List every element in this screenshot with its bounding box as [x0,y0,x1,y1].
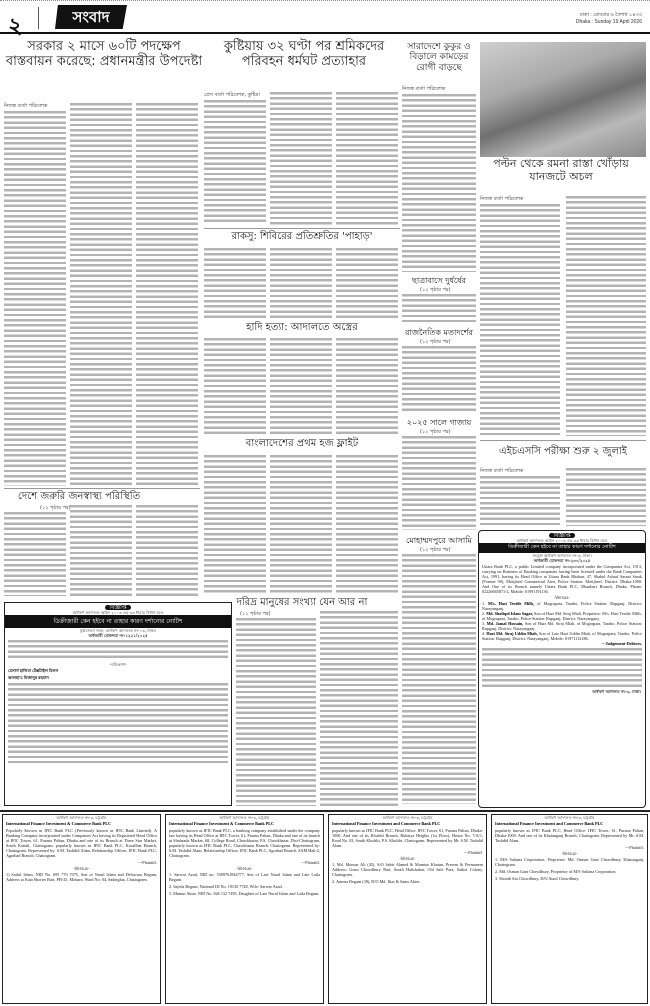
newspaper-logo: সংবাদ [55,5,127,29]
article-text [320,611,398,806]
article-text [566,196,646,436]
defendant: 1) Saiful Islam, NID No. 695 770 7075, S… [3,871,160,883]
notice-text: popularly known as IFIC Bank PLC, a bank… [166,827,323,859]
divider [204,228,400,229]
article-text [270,248,332,318]
bank-name: International Finance Investment & Comme… [6,821,111,826]
date-english: Dhaka : Sunday 19 April 2026 [576,19,642,26]
article-text [204,100,266,225]
article-text [402,294,476,322]
headline-a2: কুষ্টিয়ায় ৩২ ঘণ্টা পর শ্রমিকদের পরিবহন… [204,40,404,70]
article-text [70,103,132,486]
headline-a4: পল্টন থেকে রমনা রাস্তা খোঁড়ায় যানজটে অ… [486,158,636,183]
article-text [402,346,476,412]
article-text [270,338,332,434]
divider [0,810,650,812]
article-text [4,111,66,486]
article-text [136,103,198,486]
defendant-1: মেসার্স হালিমা টেক্সটাইল মিলস [8,668,58,673]
defendant-list: 1. M/s. Hasi Textile Mills, of Mograpara… [479,600,645,647]
headline-a3: সারাদেশে কুকুর ও বিড়ালে কামড়ের রোগী বা… [402,42,476,73]
bank-name: International Finance Investment & Comme… [169,821,274,826]
masthead-rule [0,32,650,34]
legal-notice-bottom-4: অর্থঋণ আদালত নং-৩, চট্টগ্রাম Internation… [491,814,648,1004]
bank-name: International Finance Investment and Com… [332,821,440,826]
masthead: ২ সংবাদ ঢাকা : রোববার ৬ বৈশাখ ১৪৩৩ Dhaka… [0,0,650,34]
byline-a4: নিজস্ব বার্তা পরিবেশক [480,196,523,204]
article-text [480,204,560,436]
bank-name: International Finance Investment and Com… [495,821,603,826]
date-bengali: ঢাকা : রোববার ৬ বৈশাখ ১৪৩৩ [576,12,642,19]
notice-title: ডিক্রীজারী কেন হইবে না তাহার কারণ দর্শান… [479,543,645,553]
article-text [136,505,198,596]
article-text [566,468,646,526]
article-text [204,248,266,318]
headline-a14: দরিদ্র মানুষের সংখ্যা যেন আর না [204,597,400,609]
article-text [480,476,560,526]
article-text [236,618,316,806]
legal-notice-bottom-2: অর্থঋণ আদালত নং-৩, চট্টগ্রাম Internation… [165,814,324,1004]
article-text [402,554,476,804]
headline-a7: ছাত্রাবাসে দুর্ধর্ষের [402,276,476,285]
article-text [270,455,332,593]
article-text [402,94,476,272]
notice-text [482,648,642,688]
notice-case: অর্থজারী মোকদ্দমা নং-১২২১/২০২৫ [5,633,231,638]
notice-text: popularly known as IFIC Bank PLC, Head O… [492,827,647,844]
divider [4,488,200,489]
headline-a12: এইচএসসি পরীক্ষা শুরু ২ জুলাই [480,446,646,458]
legal-notice-bottom-1: অর্থঋণ আদালত নং-৩, চট্টগ্রাম Internation… [2,814,161,1004]
article-text [204,338,266,434]
dateline: ঢাকা : রোববার ৬ বৈশাখ ১৪৩৩ Dhaka : Sunda… [576,12,642,26]
headline-a1: সরকার ২ মাসে ৬০টি পদক্ষেপ বাস্তবায়ন করে… [4,40,204,70]
byline-a2: প্রেস বার্তা পরিবেশক, কুষ্টিয়া [204,92,260,100]
divider [38,7,39,29]
notice-text [8,640,228,660]
headline-a6: হাদি হত্যা: আদালতে অস্ত্রের [204,322,400,334]
headline-a8: রাজনৈতিক মতাদর্শের [402,328,476,337]
notice-signature: অর্থঋণ আদালত নং-৩, ঢাকা। [479,689,645,694]
defendant-2: আলহাজ্ব মিজানুর রহমান [8,675,49,680]
notice-intro: Uttara Bank PLC, a public Limited compan… [479,563,645,595]
article-text [336,455,398,593]
headline-a9: ২০২৫ সালে গাজায় [402,418,476,427]
notice-text: Popularly Known as IFIC Bank PLC (Previo… [3,827,160,859]
article-text [204,455,266,593]
news-photo [480,42,646,157]
article-text [336,248,398,318]
notice-title: ডিক্রীজারী কেন হইবে না তাহার কারণ দর্শান… [5,615,231,628]
notice-text: popularly known as IFIC Bank PLC, Head O… [329,827,486,849]
headline-a5: রাকসু: শিবিরের প্রতিশ্রুতির 'পাহাড়' [204,231,400,243]
article-text [336,338,398,434]
headline-a10: দেশে জরুরি জনস্বাস্থ্য পরিস্থিতি [4,491,154,503]
headline-a11: বাংলাদেশের প্রথম হজ ফ্লাইট [204,438,400,450]
article-text [270,92,332,225]
legal-notice-right: বিজ্ঞপ্তি অর্থঋণ আদালত আইন ২০০৩ এর ৩৩ ধা… [478,530,646,808]
article-text [336,92,398,225]
headline-a13: মোহাম্মদপুরে আসামি [402,536,476,545]
divider [480,440,646,441]
legal-notice-left: বিজ্ঞপ্তি অর্থঋণ আদালত আইন ২০০৩ এর ৩৩ ধা… [4,602,232,806]
article-text [402,436,476,530]
byline-a12: নিজস্ব বার্তা পরিবেশক [480,468,523,476]
notice-text [8,683,228,763]
article-text [4,512,66,596]
byline-a1: নিজস্ব বার্তা পরিবেশক [4,103,47,111]
byline-a3: নিজস্ব বার্তা পরিবেশক [402,86,445,94]
legal-notice-bottom-3: অর্থঋণ আদালত নং-৩, চট্টগ্রাম Internation… [328,814,487,1004]
article-text [70,505,132,596]
